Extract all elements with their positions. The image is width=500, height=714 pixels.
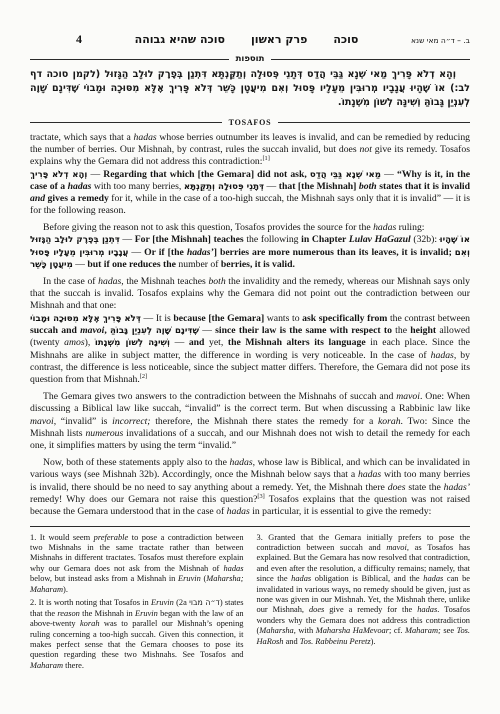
text-run: — [73,259,88,270]
text-run: hadas [229,457,252,468]
text-run: (32b): [411,234,440,245]
text-run: number of [176,259,221,270]
hebrew-phrase: וְהָא דְלֹא פָּרִיךְ [30,170,87,180]
text-run: mavoi [80,325,104,336]
text-run: and [189,337,205,348]
paragraph: דִּתְנַן בְּפֶרֶק לוּלָב הַגָּזוּל — For… [30,234,470,271]
text-run: korah [80,619,100,628]
text-run: hadas [134,132,157,143]
text-run: Before giving the reason not to ask this… [43,222,373,233]
text-run: succah and [30,325,80,336]
text-run: Maharsha HaMevoar [316,626,389,635]
text-run: the following [244,234,301,245]
text-run: give a remedy for the [324,605,417,614]
text-run: incorrect; [112,416,150,427]
text-run: hadas [431,350,454,361]
footnote-marker: [2] [140,373,147,380]
text-run: In the case of [43,276,98,287]
paragraph: 2. It is worth noting that Tosafos in Er… [30,598,244,671]
footnotes: 1. It would seem preferable to pose a co… [30,533,470,675]
hebrew-phrase: וְשִׁינָּה לְשׁוֹן מִשְׁנָתוֹ [95,338,170,348]
hebrew-phrase: מַאי שְׁנָא גַּבֵּי הֲדַס [310,170,381,180]
text-run: Tos. Rabbeinu Peretz [300,637,371,646]
text-run: but if one reduces the [87,259,176,270]
text-run: below, but instead asks from a Mishnah i… [30,574,178,583]
text-run: gives a remedy [45,193,109,204]
daf-reference: ב. – ד״ה מאי שנא [411,36,470,45]
page-header: 4 סוכה שהיא גבוהה פרק ראשון סוכה ב. – ד״… [30,32,470,47]
text-run: remedy! Why does our Gemara not raise th… [30,494,257,505]
text-run: both [359,181,377,192]
divider-line [30,122,222,123]
hebrew-phrase: דִּתְנַן בְּפֶרֶק לוּלָב הַגָּזוּל [30,235,120,245]
text-run: since their law is the same with respect… [215,325,392,336]
text-run: Lulav HaGazul [349,234,411,245]
text-run: hadas [68,181,92,192]
english-section-label: TOSAFOS [222,118,279,127]
text-run: ask specifically from [302,313,387,324]
text-run: (2a [174,598,189,607]
paragraph: tractate, which says that a hadas whose … [30,132,470,169]
text-run: , with [294,626,316,635]
paragraph: 1. It would seem preferable to pose a co… [30,533,244,595]
text-run: Regarding that which [the Gemara] did no… [103,169,310,180]
text-run: hadas [423,574,443,583]
text-run: ] berries are more numerous than its lea… [214,247,455,258]
text-run: — [120,234,135,245]
perek-title: פרק ראשון [251,33,307,46]
text-run: — [264,181,279,192]
tosafos-hebrew-text: וְהָא דְלֹא פָּרִיךְ מַאי שְׁנָא גַּבֵּי… [30,68,470,111]
hebrew-section-label: תוספות [229,54,272,64]
text-run: — [381,169,397,180]
paragraph: דְּלֹא פָּרִיךְ אֶלָּא מִסּוּכָה וּמָבוֹ… [30,313,470,387]
text-run: — It is [141,313,174,324]
text-run: Eruvin [178,574,201,583]
text-run: Eruvin [135,609,158,618]
text-run: berries, it is valid. [221,259,295,270]
text-run: — [128,247,144,258]
text-run: , the Mishnah teaches [121,276,208,287]
text-run: does [309,605,324,614]
text-run: korah [378,416,401,427]
text-run: hadas [417,605,437,614]
text-run: the Mishnah alters its language [228,337,366,348]
text-run: in particular, it is essential to give t… [250,506,431,517]
hebrew-section-divider: תוספות [30,54,470,64]
footnote-marker: [3] [257,493,264,500]
paragraph: The Gemara gives two answers to the cont… [30,391,470,452]
text-run: Maharsha [259,626,293,635]
text-run: state the [405,482,443,493]
text-run: in Chapter [301,234,349,245]
text-run: that [the Mishnah] [279,181,359,192]
text-run: ruling: [396,222,424,233]
header-titles: סוכה שהיא גבוהה פרק ראשון סוכה [82,33,411,46]
footnote-divider [30,526,470,527]
chapter-name: סוכה שהיא גבוהה [135,33,225,46]
text-run: tractate, which says that a [30,132,134,143]
footnotes-left-column: 1. It would seem preferable to pose a co… [30,533,244,675]
paragraph: In the case of hadas, the Mishnah teache… [30,276,470,313]
text-run: wants to [264,313,302,324]
text-run: mavoi [30,416,54,427]
paragraph: וְהָא דְלֹא פָּרִיךְ — Regarding that wh… [30,169,470,218]
divider-line [30,59,229,60]
text-run: For [the Mishnah] teaches [135,234,244,245]
footnotes-right-column: 3. Granted that the Gemara initially pre… [257,533,471,675]
text-run: Or if [the [144,247,187,258]
text-run: Maharam; [405,626,441,635]
text-run: amos [64,337,84,348]
talmud-commentary-page: 4 סוכה שהיא גבוהה פרק ראשון סוכה ב. – ד״… [0,0,500,714]
text-run: see [441,626,457,635]
text-run: 1. It would seem [30,533,94,542]
text-run: mavoi [386,543,406,552]
text-run: the [392,325,410,336]
text-run: Now, both of these statements apply also… [43,457,229,468]
text-run: states that it is invalid [377,181,470,192]
text-run: does [388,482,406,493]
text-run: hadas’ [187,247,214,258]
text-run: hadas’ [444,482,470,493]
text-run: with too many berries, [91,181,183,192]
text-run: reason [57,609,80,618]
text-run: the Mishnah in [80,609,135,618]
text-run: 2. It is worth noting that Tosafos in [30,598,151,607]
text-run: obligation is Biblical, and the [311,574,423,583]
text-run: preferable [94,533,129,542]
text-run: yet, [204,337,227,348]
paragraph: Before giving the reason not to ask this… [30,222,470,234]
hebrew-phrase: ד״ה מבוי [189,598,220,607]
commentary-body: tractate, which says that a hadas whose … [30,132,470,519]
text-run: hadas [358,469,381,480]
text-run: ; cf. [389,626,405,635]
divider-line [278,122,470,123]
text-run: — [170,337,189,348]
text-run: and [30,193,45,204]
text-run: — [199,325,215,336]
text-run: numerous [85,428,123,439]
text-run: mavoi [396,391,420,402]
text-run: Maharam [30,661,63,670]
text-run: hadas [98,276,121,287]
text-run: , “invalid” is [54,416,112,427]
text-run: hadas [291,574,311,583]
text-run: ), [85,337,95,348]
text-run: height [410,325,436,336]
text-run: hadas [373,222,396,233]
english-section-divider: TOSAFOS [30,118,470,127]
paragraph: 3. Granted that the Gemara initially pre… [257,533,471,647]
text-run: hadas [223,564,243,573]
text-run: and [284,637,300,646]
text-run: ). [371,637,376,646]
text-run: because [the Gemara] [173,313,264,324]
text-run: not [360,144,372,155]
hebrew-phrase: דְּלֹא פָּרִיךְ אֶלָּא מִסּוּכָה וּמָבוֹ… [30,314,141,324]
text-run: ). [63,585,68,594]
text-run: there. [63,661,84,670]
hebrew-phrase: דְּתָנֵי פְּסוּלָה וְתַקַּנְתָּא [184,182,264,192]
text-run: therefore, the Mishnah there states the … [151,416,378,427]
text-run: both [208,276,225,287]
text-run: The Gemara gives two answers to the cont… [43,391,396,402]
hebrew-phrase: שֶׁדִּינָם שָׁוֶה לְעִנְיַן גָּבוֹהַּ [110,326,199,336]
divider-line [271,59,470,60]
footnote-marker: [1] [262,155,269,162]
text-run: hadas [227,506,250,517]
text-run: — [87,169,103,180]
tractate-name: סוכה [333,33,358,46]
text-run: the contrast between [387,313,470,324]
paragraph: Now, both of these statements apply also… [30,457,470,518]
text-run: Eruvin [151,598,174,607]
